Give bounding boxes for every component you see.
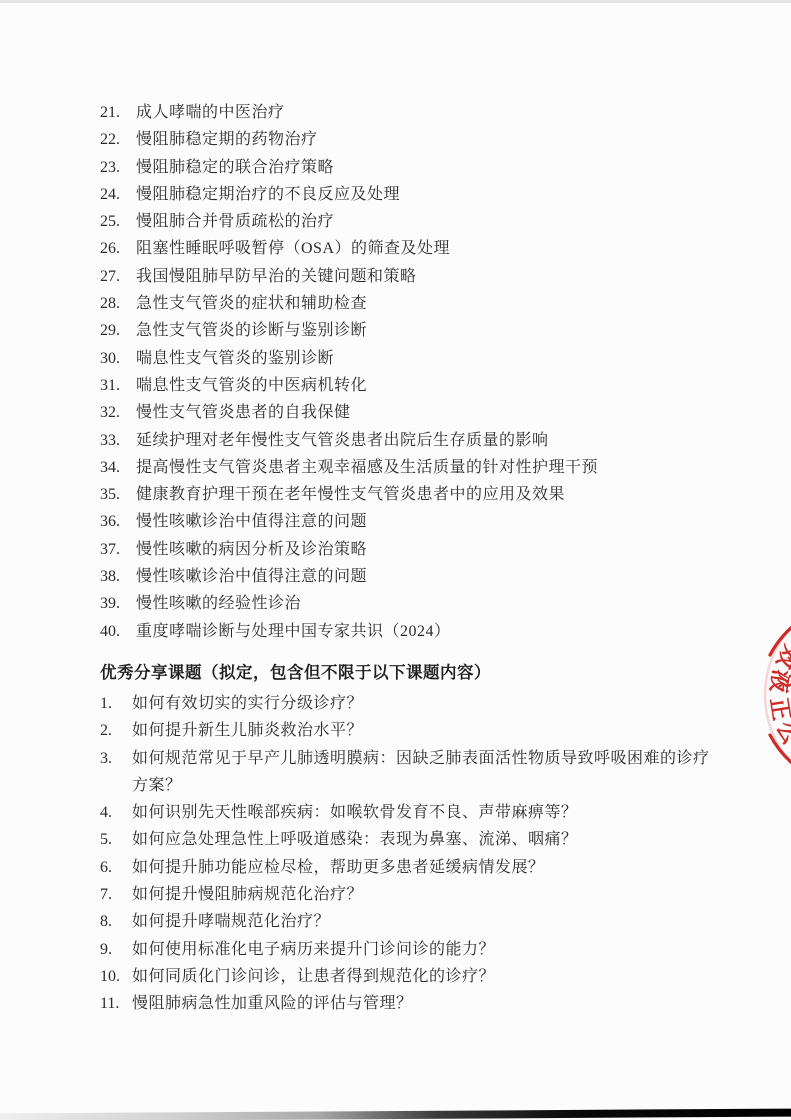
item-number: 32.	[100, 399, 136, 426]
item-number: 25.	[100, 208, 136, 235]
item-text: 喘息性支气管炎的中医病机转化	[136, 372, 367, 399]
item-number: 33.	[100, 427, 136, 454]
list-item: 40. 重度哮喘诊断与处理中国专家共识（2024）	[100, 618, 751, 645]
item-text: 慢性咳嗽的病因分析及诊治策略	[136, 536, 367, 563]
item-number: 39.	[100, 590, 136, 617]
item-text: 如何有效切实的实行分级诊疗？	[132, 690, 363, 717]
item-text: 重度哮喘诊断与处理中国专家共识（2024）	[136, 618, 451, 645]
list-item: 39. 慢性咳嗽的经验性诊治	[100, 590, 751, 617]
item-number: 4.	[100, 799, 132, 826]
item-number: 38.	[100, 563, 136, 590]
list-item: 30. 喘息性支气管炎的鉴别诊断	[100, 345, 751, 372]
item-text: 如何应急处理急性上呼吸道感染：表现为鼻塞、流涕、咽痛？	[132, 826, 578, 853]
share-topics-heading: 优秀分享课题（拟定，包含但不限于以下课题内容）	[0, 659, 791, 687]
item-number: 28.	[100, 290, 136, 317]
item-text: 如何提升肺功能应检尽检，帮助更多患者延缓病情发展？	[132, 854, 545, 881]
item-number: 9.	[100, 936, 132, 963]
list-item: 10. 如何同质化门诊问诊，让患者得到规范化的诊疗？	[100, 963, 751, 990]
list-item: 37. 慢性咳嗽的病因分析及诊治策略	[100, 536, 751, 563]
item-number: 11.	[100, 990, 132, 1017]
item-number: 29.	[100, 317, 136, 344]
list-item: 21. 成人哮喘的中医治疗	[100, 99, 751, 126]
red-seal-stamp: 效 液 正 公	[731, 595, 791, 795]
item-text: 我国慢阻肺早防早治的关键问题和策略	[136, 263, 417, 290]
item-text: 慢性咳嗽诊治中值得注意的问题	[136, 508, 367, 535]
share-topics-numbered-list: 1. 如何有效切实的实行分级诊疗？ 2. 如何提升新生儿肺炎救治水平？ 3. 如…	[0, 690, 791, 1018]
list-item: 25. 慢阻肺合并骨质疏松的治疗	[100, 208, 751, 235]
item-text: 急性支气管炎的症状和辅助检查	[136, 290, 367, 317]
item-text: 延续护理对老年慢性支气管炎患者出院后生存质量的影响	[136, 427, 549, 454]
item-text: 阻塞性睡眠呼吸暂停（OSA）的筛查及处理	[136, 235, 450, 262]
item-number: 27.	[100, 263, 136, 290]
seal-character: 液	[766, 668, 791, 695]
item-number: 22.	[100, 126, 136, 153]
item-number: 2.	[100, 717, 132, 744]
item-text: 健康教育护理干预在老年慢性支气管炎患者中的应用及效果	[136, 481, 565, 508]
list-item: 31. 喘息性支气管炎的中医病机转化	[100, 372, 751, 399]
list-item: 38. 慢性咳嗽诊治中值得注意的问题	[100, 563, 751, 590]
list-item: 7. 如何提升慢阻肺病规范化治疗？	[100, 881, 751, 908]
item-text: 如何提升哮喘规范化治疗？	[132, 908, 330, 935]
item-text: 如何同质化门诊问诊，让患者得到规范化的诊疗？	[132, 963, 495, 990]
list-item: 4. 如何识别先天性喉部疾病：如喉软骨发育不良、声带麻痹等？	[100, 799, 751, 826]
list-item: 36. 慢性咳嗽诊治中值得注意的问题	[100, 508, 751, 535]
item-number: 24.	[100, 181, 136, 208]
item-number: 23.	[100, 154, 136, 181]
scan-edge-top	[0, 0, 791, 3]
item-number: 1.	[100, 690, 132, 717]
list-item: 3. 如何规范常见于早产儿肺透明膜病：因缺乏肺表面活性物质导致呼吸困难的诊疗方案…	[100, 745, 751, 800]
item-number: 40.	[100, 618, 136, 645]
list-item: 28. 急性支气管炎的症状和辅助检查	[100, 290, 751, 317]
item-number: 30.	[100, 345, 136, 372]
item-number: 7.	[100, 881, 132, 908]
item-text: 慢阻肺合并骨质疏松的治疗	[136, 208, 334, 235]
item-number: 37.	[100, 536, 136, 563]
item-number: 10.	[100, 963, 132, 990]
item-number: 5.	[100, 826, 132, 853]
list-item: 27. 我国慢阻肺早防早治的关键问题和策略	[100, 263, 751, 290]
scanned-document-page: 21. 成人哮喘的中医治疗 22. 慢阻肺稳定期的药物治疗 23. 慢阻肺稳定的…	[0, 0, 791, 1120]
item-number: 8.	[100, 908, 132, 935]
item-text: 慢阻肺稳定期的药物治疗	[136, 126, 318, 153]
item-number: 3.	[100, 745, 132, 772]
list-item: 32. 慢性支气管炎患者的自我保健	[100, 399, 751, 426]
item-text: 如何提升新生儿肺炎救治水平？	[132, 717, 363, 744]
list-item: 23. 慢阻肺稳定的联合治疗策略	[100, 154, 751, 181]
list-item: 8. 如何提升哮喘规范化治疗？	[100, 908, 751, 935]
list-item: 9. 如何使用标准化电子病历来提升门诊问诊的能力？	[100, 936, 751, 963]
item-text: 急性支气管炎的诊断与鉴别诊断	[136, 317, 367, 344]
item-number: 35.	[100, 481, 136, 508]
item-number: 21.	[100, 99, 136, 126]
list-item: 11. 慢阻肺病急性加重风险的评估与管理？	[100, 990, 751, 1017]
item-number: 31.	[100, 372, 136, 399]
item-text: 慢性咳嗽的经验性诊治	[136, 590, 301, 617]
item-text: 喘息性支气管炎的鉴别诊断	[136, 345, 334, 372]
seal-border-circle	[765, 595, 791, 795]
item-text: 如何规范常见于早产儿肺透明膜病：因缺乏肺表面活性物质导致呼吸困难的诊疗方案？	[132, 745, 716, 800]
list-item: 29. 急性支气管炎的诊断与鉴别诊断	[100, 317, 751, 344]
scan-edge-bottom	[0, 1108, 791, 1120]
item-text: 慢阻肺稳定的联合治疗策略	[136, 154, 334, 181]
item-number: 6.	[100, 854, 132, 881]
list-item: 35. 健康教育护理干预在老年慢性支气管炎患者中的应用及效果	[100, 481, 751, 508]
list-item: 34. 提高慢性支气管炎患者主观幸福感及生活质量的针对性护理干预	[100, 454, 751, 481]
item-text: 如何识别先天性喉部疾病：如喉软骨发育不良、声带麻痹等？	[132, 799, 578, 826]
item-text: 慢阻肺稳定期治疗的不良反应及处理	[136, 181, 400, 208]
list-item: 26. 阻塞性睡眠呼吸暂停（OSA）的筛查及处理	[100, 235, 751, 262]
list-item: 22. 慢阻肺稳定期的药物治疗	[100, 126, 751, 153]
item-text: 如何提升慢阻肺病规范化治疗？	[132, 881, 363, 908]
item-text: 成人哮喘的中医治疗	[136, 99, 285, 126]
item-text: 如何使用标准化电子病历来提升门诊问诊的能力？	[132, 936, 495, 963]
topics-numbered-list: 21. 成人哮喘的中医治疗 22. 慢阻肺稳定期的药物治疗 23. 慢阻肺稳定的…	[0, 99, 791, 645]
seal-character: 正	[766, 696, 791, 723]
list-item: 24. 慢阻肺稳定期治疗的不良反应及处理	[100, 181, 751, 208]
item-text: 慢阻肺病急性加重风险的评估与管理？	[132, 990, 413, 1017]
item-text: 慢性支气管炎患者的自我保健	[136, 399, 351, 426]
item-number: 34.	[100, 454, 136, 481]
list-item: 6. 如何提升肺功能应检尽检，帮助更多患者延缓病情发展？	[100, 854, 751, 881]
item-text: 慢性咳嗽诊治中值得注意的问题	[136, 563, 367, 590]
list-item: 1. 如何有效切实的实行分级诊疗？	[100, 690, 751, 717]
page-content: 21. 成人哮喘的中医治疗 22. 慢阻肺稳定期的药物治疗 23. 慢阻肺稳定的…	[0, 99, 791, 1018]
list-item: 5. 如何应急处理急性上呼吸道感染：表现为鼻塞、流涕、咽痛？	[100, 826, 751, 853]
item-text: 提高慢性支气管炎患者主观幸福感及生活质量的针对性护理干预	[136, 454, 598, 481]
item-number: 26.	[100, 235, 136, 262]
list-item: 33. 延续护理对老年慢性支气管炎患者出院后生存质量的影响	[100, 427, 751, 454]
item-number: 36.	[100, 508, 136, 535]
list-item: 2. 如何提升新生儿肺炎救治水平？	[100, 717, 751, 744]
